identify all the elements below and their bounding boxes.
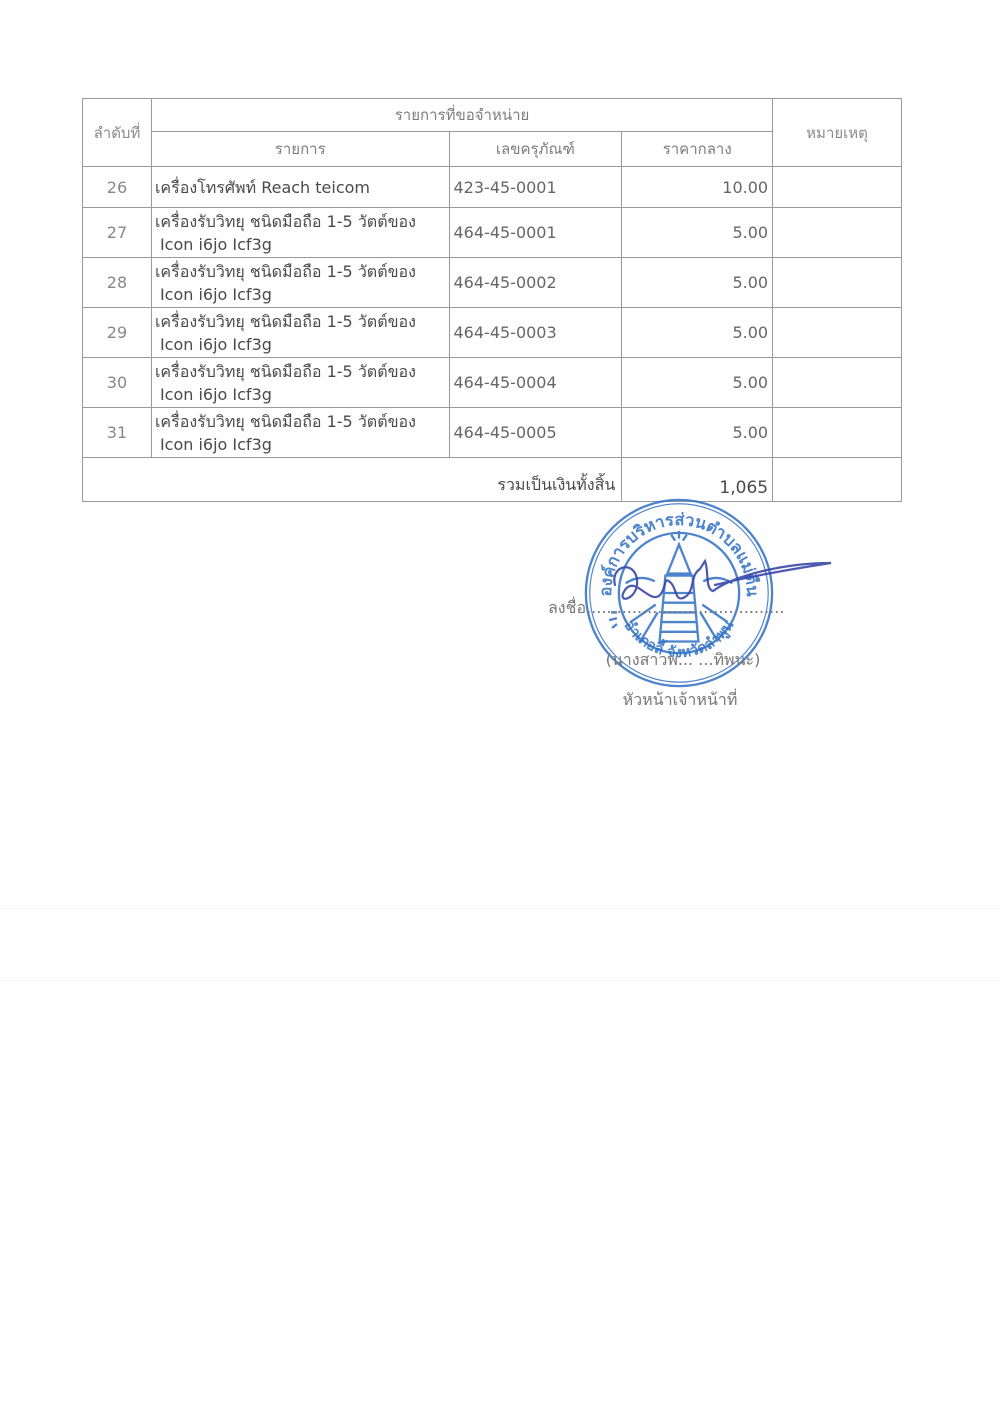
row-price: 5.00 bbox=[622, 358, 773, 408]
row-remark bbox=[773, 408, 902, 458]
table-row: 26เครื่องโทรศัพท์ Reach teicom423-45-000… bbox=[83, 167, 902, 208]
row-item-line-1: เครื่องรับวิทยุ ชนิดมือถือ 1-5 วัตต์ของ bbox=[155, 312, 416, 331]
row-price: 5.00 bbox=[622, 408, 773, 458]
row-remark bbox=[773, 258, 902, 308]
header-items-requested: รายการที่ขอจำหน่าย bbox=[151, 99, 772, 132]
row-item-line-2: Icon i6jo Icf3g bbox=[155, 433, 449, 456]
table-row: 28เครื่องรับวิทยุ ชนิดมือถือ 1-5 วัตต์ขอ… bbox=[83, 258, 902, 308]
table-row: 30เครื่องรับวิทยุ ชนิดมือถือ 1-5 วัตต์ขอ… bbox=[83, 358, 902, 408]
row-asset-code: 464-45-0005 bbox=[449, 408, 622, 458]
total-label: รวมเป็นเงินทั้งสิ้น bbox=[449, 458, 622, 502]
handwritten-signature-icon bbox=[605, 545, 835, 635]
table-row: 31เครื่องรับวิทยุ ชนิดมือถือ 1-5 วัตต์ขอ… bbox=[83, 408, 902, 458]
row-item-line-1: เครื่องรับวิทยุ ชนิดมือถือ 1-5 วัตต์ของ bbox=[155, 412, 416, 431]
disposal-items-table: ลำดับที่ รายการที่ขอจำหน่าย หมายเหตุ ราย… bbox=[82, 98, 902, 502]
signer-position: หัวหน้าเจ้าหน้าที่ bbox=[600, 688, 760, 713]
header-median-price: ราคากลาง bbox=[622, 132, 773, 167]
total-row-spacer bbox=[83, 458, 450, 502]
row-price: 10.00 bbox=[622, 167, 773, 208]
row-item-line-2: Icon i6jo Icf3g bbox=[155, 283, 449, 306]
row-item-line-1: เครื่องรับวิทยุ ชนิดมือถือ 1-5 วัตต์ของ bbox=[155, 362, 416, 381]
document-page: ลำดับที่ รายการที่ขอจำหน่าย หมายเหตุ ราย… bbox=[0, 0, 1000, 1414]
row-item-line-2: Icon i6jo Icf3g bbox=[155, 233, 449, 256]
row-item: เครื่องรับวิทยุ ชนิดมือถือ 1-5 วัตต์ของI… bbox=[151, 258, 449, 308]
row-item-line-1: เครื่องรับวิทยุ ชนิดมือถือ 1-5 วัตต์ของ bbox=[155, 262, 416, 281]
row-remark bbox=[773, 208, 902, 258]
row-remark bbox=[773, 308, 902, 358]
table-body: 26เครื่องโทรศัพท์ Reach teicom423-45-000… bbox=[83, 167, 902, 458]
scan-artifact-line bbox=[0, 908, 1000, 909]
table-row: 27เครื่องรับวิทยุ ชนิดมือถือ 1-5 วัตต์ขอ… bbox=[83, 208, 902, 258]
row-asset-code: 423-45-0001 bbox=[449, 167, 622, 208]
row-number: 29 bbox=[83, 308, 152, 358]
row-item: เครื่องรับวิทยุ ชนิดมือถือ 1-5 วัตต์ของI… bbox=[151, 308, 449, 358]
row-asset-code: 464-45-0001 bbox=[449, 208, 622, 258]
total-row: รวมเป็นเงินทั้งสิ้น 1,065 bbox=[83, 458, 902, 502]
row-item: เครื่องรับวิทยุ ชนิดมือถือ 1-5 วัตต์ของI… bbox=[151, 358, 449, 408]
signer-name: (นางสาวพ... ...ทิพนะ) bbox=[588, 648, 778, 673]
header-asset-code: เลขครุภัณฑ์ bbox=[449, 132, 622, 167]
row-number: 26 bbox=[83, 167, 152, 208]
row-asset-code: 464-45-0004 bbox=[449, 358, 622, 408]
row-remark bbox=[773, 358, 902, 408]
header-item: รายการ bbox=[151, 132, 449, 167]
total-remark bbox=[773, 458, 902, 502]
row-number: 27 bbox=[83, 208, 152, 258]
row-asset-code: 464-45-0003 bbox=[449, 308, 622, 358]
row-price: 5.00 bbox=[622, 208, 773, 258]
header-remark: หมายเหตุ bbox=[773, 99, 902, 167]
row-item: เครื่องโทรศัพท์ Reach teicom bbox=[151, 167, 449, 208]
row-item-line-2: Icon i6jo Icf3g bbox=[155, 383, 449, 406]
row-asset-code: 464-45-0002 bbox=[449, 258, 622, 308]
row-item: เครื่องรับวิทยุ ชนิดมือถือ 1-5 วัตต์ของI… bbox=[151, 408, 449, 458]
total-value: 1,065 bbox=[622, 458, 773, 502]
table-row: 29เครื่องรับวิทยุ ชนิดมือถือ 1-5 วัตต์ขอ… bbox=[83, 308, 902, 358]
row-number: 28 bbox=[83, 258, 152, 308]
row-number: 30 bbox=[83, 358, 152, 408]
row-item-line-2: Icon i6jo Icf3g bbox=[155, 333, 449, 356]
row-remark bbox=[773, 167, 902, 208]
header-sequence-no: ลำดับที่ bbox=[83, 99, 152, 167]
scan-artifact-line bbox=[0, 980, 1000, 981]
row-price: 5.00 bbox=[622, 258, 773, 308]
row-item-line-1: เครื่องโทรศัพท์ Reach teicom bbox=[155, 178, 370, 197]
row-price: 5.00 bbox=[622, 308, 773, 358]
row-number: 31 bbox=[83, 408, 152, 458]
row-item-line-1: เครื่องรับวิทยุ ชนิดมือถือ 1-5 วัตต์ของ bbox=[155, 212, 416, 231]
row-item: เครื่องรับวิทยุ ชนิดมือถือ 1-5 วัตต์ของI… bbox=[151, 208, 449, 258]
